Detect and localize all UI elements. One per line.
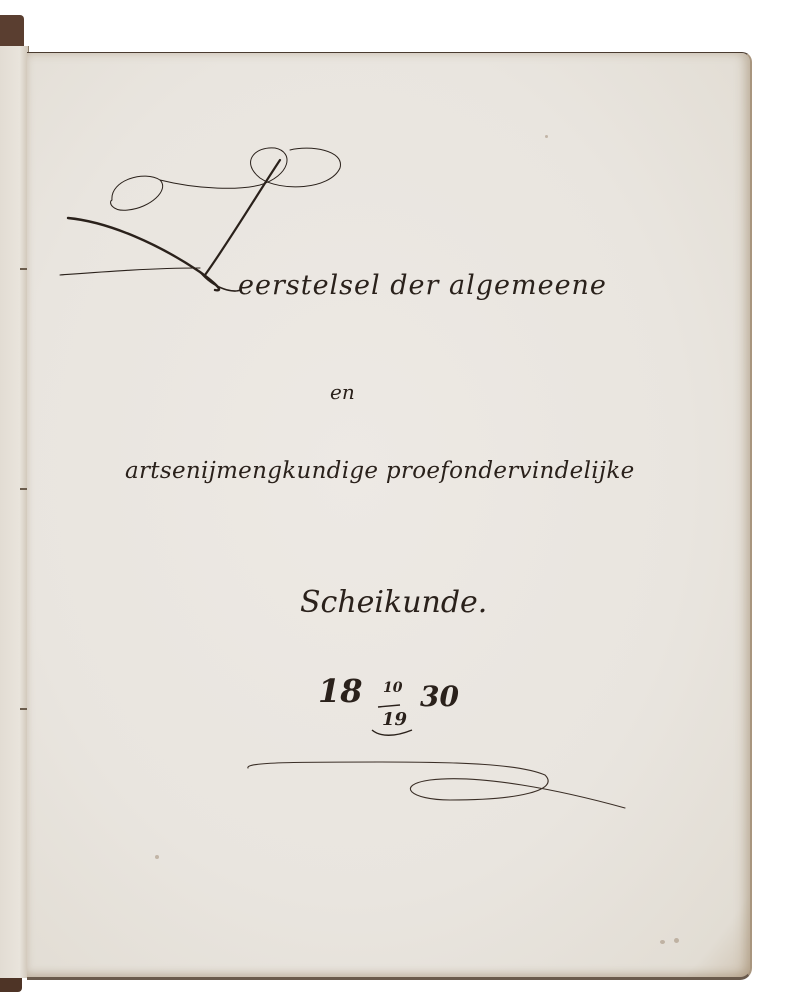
title-line-1: Leerstelsel der algemeene eerstelsel der… xyxy=(238,270,607,301)
calligraphy-flourishes xyxy=(0,0,787,1000)
date-numerator: 10 xyxy=(383,680,402,696)
date-denominator: 19 xyxy=(382,709,407,730)
title-line-3: artsenijmengkundige proefondervindelijke xyxy=(125,458,634,484)
date-line: 18 xyxy=(318,672,363,710)
date-year-end: 30 xyxy=(420,680,459,713)
date-century: 18 xyxy=(318,672,363,710)
title-line-4: Scheikunde. xyxy=(300,585,487,620)
title-line-2: en xyxy=(330,380,355,404)
bottom-flourish xyxy=(248,762,625,808)
